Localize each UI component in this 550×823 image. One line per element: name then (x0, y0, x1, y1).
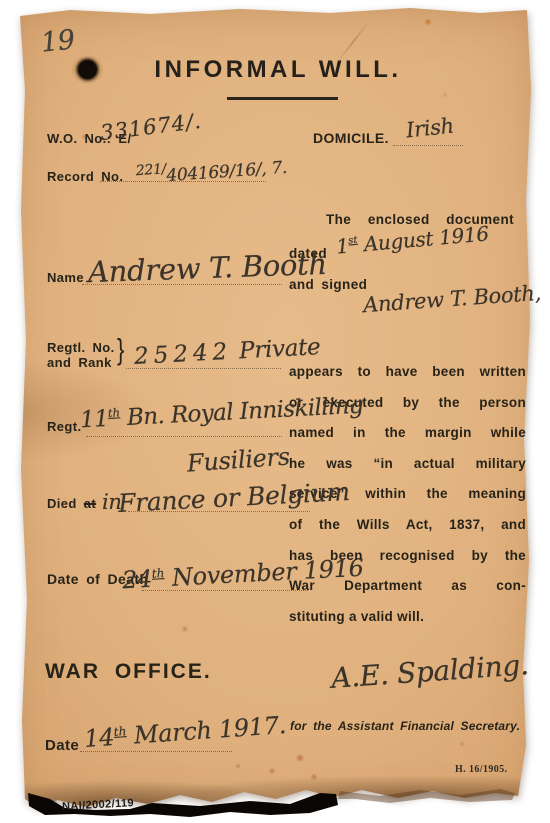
death-day: 24 (121, 565, 152, 595)
regtl-brace: } (117, 332, 125, 367)
died-label-word: Died (47, 496, 77, 511)
died-struck-at: at (84, 496, 96, 511)
record-no-label: Record No. (47, 169, 123, 184)
record-no-value-raised: 221/ (135, 161, 166, 179)
signoff-title: for the Assistant Financial Secretary. (290, 719, 520, 733)
regtl-number: 25242 (133, 339, 232, 370)
domicile-label: DOMICILE. (313, 130, 389, 146)
regtl-label-line2: and Rank (47, 355, 112, 370)
date-label: Date (45, 737, 79, 754)
regt-battalion-number: 11 (80, 406, 109, 433)
death-day-ordinal: th (151, 566, 164, 581)
regt-label: Regt. (47, 419, 82, 434)
title-underline (227, 97, 338, 100)
date-day: 14 (83, 723, 115, 753)
paragraph-line: stituting a valid will. (289, 602, 526, 633)
page-number-annotation: 19 (39, 24, 76, 58)
scanned-document: 19 INFORMAL WILL. W.O. No.: E/ 331674/. … (0, 0, 550, 823)
regt-battalion-ordinal: th (108, 405, 121, 420)
form-reference-stamp: H. 16/1905. (455, 764, 507, 775)
regtl-rank: Private (238, 334, 321, 364)
paragraph-line: of the Wills Act, 1837, and (289, 510, 526, 541)
paragraph-line: named in the margin while (289, 418, 526, 449)
paragraph-line: he was “in actual military (289, 449, 526, 480)
domicile-value: Irish (405, 114, 455, 143)
name-label: Name (47, 270, 84, 285)
regt-line (86, 436, 282, 437)
died-label: Died at (47, 496, 96, 511)
date-day-ordinal: th (113, 724, 127, 739)
regtl-no-rank-label: Regtl. No.and Rank (47, 340, 115, 370)
punch-hole (72, 55, 103, 84)
paragraph-line: appears to have been written (289, 357, 526, 388)
war-office-label: WAR OFFICE. (45, 660, 212, 684)
regtl-label-line1: Regtl. No. (47, 340, 115, 355)
domicile-line (393, 145, 463, 146)
